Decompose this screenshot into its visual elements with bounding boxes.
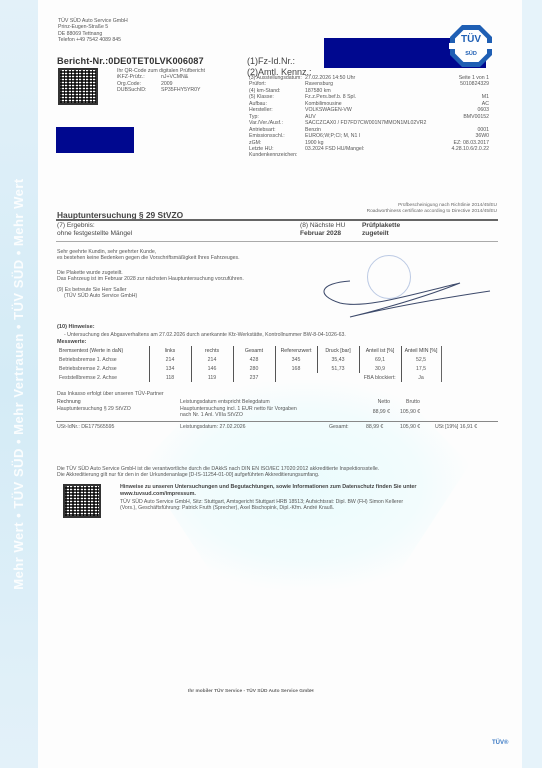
brutto-value: 105,90 € [400, 409, 420, 416]
divider [56, 219, 498, 221]
report-number: Bericht-Nr.:0DE0TET0LVK006087 [57, 56, 204, 66]
gesamt-brutto: 105,90 € [400, 424, 420, 430]
qr-code-icon[interactable] [63, 484, 101, 518]
plakette: Prüfplakette zugeteilt [362, 222, 400, 238]
hints-title: (10) Hinweise: [57, 324, 95, 330]
table-cell: 134 [149, 364, 191, 373]
table-cell: 119 [191, 373, 233, 382]
table-cell: 69,1 [359, 355, 401, 364]
divider [56, 421, 498, 422]
table-cell: 345 [275, 355, 317, 364]
divider [56, 241, 498, 242]
table-cell [275, 373, 317, 382]
table-cell: Betriebsbremse 1. Achse [57, 355, 149, 364]
table-cell: 52,5 [401, 355, 441, 364]
dub-value: SP35FHY5YR0Y [161, 87, 201, 93]
table-cell: 237 [233, 373, 275, 382]
table-row: Betriebsbremse 2. Achse13414628016851,73… [57, 364, 441, 373]
next-value: Februar 2028 [300, 230, 345, 238]
result-label: (7) Ergebnis: [57, 222, 132, 230]
table-cell: 17,5 [401, 364, 441, 373]
accreditation-line: Die Akkreditierung gilt nur für den in d… [57, 472, 379, 478]
served-company: (TÜV SÜD Auto Service GmbH) [57, 293, 244, 299]
inkasso-note: Das Inkasso erfolgt über unseren TÜV-Par… [57, 391, 164, 397]
table-cell: Ja [401, 373, 441, 382]
impressum-link[interactable]: www.tuvsud.com/impressum. [120, 491, 500, 498]
company-header: TÜV SÜD Auto Service GmbH Prinz-Eugen-St… [58, 18, 128, 44]
qr-info: Ihr QR-Code zum digitalen Prüfbericht iK… [117, 68, 205, 94]
plakette-label: Prüfplakette [362, 222, 400, 230]
gesamt-netto: 88,99 € [366, 424, 383, 430]
footer-text: Ihr mobiler TÜV Service - TÜV SÜD Auto S… [188, 689, 314, 694]
invoice-title: Rechnung [57, 399, 131, 406]
tuv-sud-logo-icon: TÜV SÜD [449, 24, 493, 68]
vehicle-data: (3) Ausstellungsdatum:27.02.2026 14:50 U… [249, 75, 489, 159]
brake-test-table: Bremsentest (Werte in daN)linksrechtsGes… [57, 346, 442, 382]
letter-text: Sehr geehrte Kundin, sehr geehrter Kunde… [57, 249, 244, 299]
vehicle-field-value [305, 152, 489, 158]
result-value: ohne festgestellte Mängel [57, 230, 132, 238]
table-row: Feststellbremse 2. Achse118119237FBA blo… [57, 373, 441, 382]
ust-value: USt [19%] 16,91 € [435, 424, 477, 430]
table-cell: FBA blockiert: [359, 373, 401, 382]
table-cell: 146 [191, 364, 233, 373]
invoice-desc: nach Nr. 1 Anl. VIIIa StVZO [180, 412, 297, 419]
plakette-value: zugeteilt [362, 230, 400, 238]
redaction-box [56, 127, 134, 153]
result: (7) Ergebnis: ohne festgestellte Mängel [57, 222, 132, 238]
brutto-col: Brutto 105,90 € [400, 399, 420, 415]
measurements-title: Messwerte: [57, 339, 86, 345]
svg-text:SÜD: SÜD [465, 50, 477, 57]
right-edge-band [522, 0, 542, 768]
table-cell: 214 [191, 355, 233, 364]
org-code-value: 2009 [161, 81, 173, 87]
table-cell: 35,43 [317, 355, 359, 364]
directive-en: Roadworthiness certificate according to … [285, 209, 497, 215]
fz-id-label: (1)Fz-Id.Nr.: [247, 56, 312, 67]
table-cell: 214 [149, 355, 191, 364]
svg-text:TÜV: TÜV [461, 32, 481, 45]
column-header: Bremsentest (Werte in daN) [57, 346, 149, 355]
table-cell: 280 [233, 364, 275, 373]
table-cell: 30,9 [359, 364, 401, 373]
letter-line: Das Fahrzeug ist im Februar 2028 zur näc… [57, 276, 244, 282]
table-cell: 168 [275, 364, 317, 373]
vehicle-row: Kundenkennzeichen: [249, 152, 489, 158]
table-cell: Feststellbremse 2. Achse [57, 373, 149, 382]
side-banner: Mehr Wert • TÜV SÜD • Mehr Vertrauen • T… [0, 0, 38, 768]
table-cell: 51,73 [317, 364, 359, 373]
gesamt-label: Gesamt: [329, 424, 349, 430]
accreditation: Die TÜV SÜD Auto Service GmbH ist die ve… [57, 466, 379, 479]
table-cell: Betriebsbremse 2. Achse [57, 364, 149, 373]
table-cell: 118 [149, 373, 191, 382]
side-banner-text: Mehr Wert • TÜV SÜD • Mehr Vertrauen • T… [12, 4, 26, 764]
column-header: Referenzwert [275, 346, 317, 355]
privacy-hint-text: Hinweise zu unseren Untersuchungen und B… [120, 484, 500, 491]
hints-item: - Untersuchung des Abgasverhaltens am 27… [64, 332, 346, 338]
netto-label: Netto [366, 399, 390, 406]
leistungsdatum: Leistungsdatum: 27.02.2026 [180, 424, 245, 430]
column-header: Druck [bar] [317, 346, 359, 355]
signature-icon [310, 265, 500, 325]
legal-line: (Vors.), Geschäftsführung: Patrick Fruth… [120, 505, 500, 511]
invoice-item: Hauptuntersuchung § 29 StVZO [57, 406, 131, 413]
column-header: links [149, 346, 191, 355]
table-cell: 428 [233, 355, 275, 364]
dub-label: DUBSuchID: [117, 87, 161, 93]
directive-note: Prüfbescheinigung nach Richtlinie 2014/4… [285, 203, 497, 215]
netto-value: 88,99 € [366, 409, 390, 416]
column-header: Anteil ist [%] [359, 346, 401, 355]
kfz-pruefz-value: nJ+VCMN& [161, 74, 188, 80]
company-phone: Telefon +49 7542 4089 845 [58, 37, 128, 43]
tuv-trademark: TÜV® [492, 740, 508, 746]
netto-col: Netto 88,99 € [366, 399, 390, 415]
column-header: Gesamt [233, 346, 275, 355]
invoice-desc: Hauptuntersuchung incl. 1 EUR netto für … [180, 406, 297, 413]
vehicle-field-label: Kundenkennzeichen: [249, 152, 305, 158]
qr-code-icon[interactable] [58, 68, 98, 105]
next-inspection: (8) Nächste HU Februar 2028 [300, 222, 345, 238]
invoice-description: Leistungsdatum entspricht Belegdatum Hau… [180, 399, 297, 419]
table-cell [317, 373, 359, 382]
column-header: Anteil MIN [%] [401, 346, 441, 355]
leistung-note: Leistungsdatum entspricht Belegdatum [180, 399, 297, 406]
legal-info: TÜV SÜD Auto Service GmbH, Sitz: Stuttga… [120, 499, 500, 512]
brutto-label: Brutto [400, 399, 420, 406]
ust-id: USt-IdNr.: DE177565595 [57, 424, 114, 430]
table-row: Betriebsbremse 1. Achse21421442834535,43… [57, 355, 441, 364]
invoice-label: Rechnung Hauptuntersuchung § 29 StVZO [57, 399, 131, 412]
column-header: rechts [191, 346, 233, 355]
letter-line: es bestehen keine Bedenken gegen die Vor… [57, 255, 244, 261]
privacy-hint: Hinweise zu unseren Untersuchungen und B… [120, 484, 500, 498]
next-label: (8) Nächste HU [300, 222, 345, 230]
